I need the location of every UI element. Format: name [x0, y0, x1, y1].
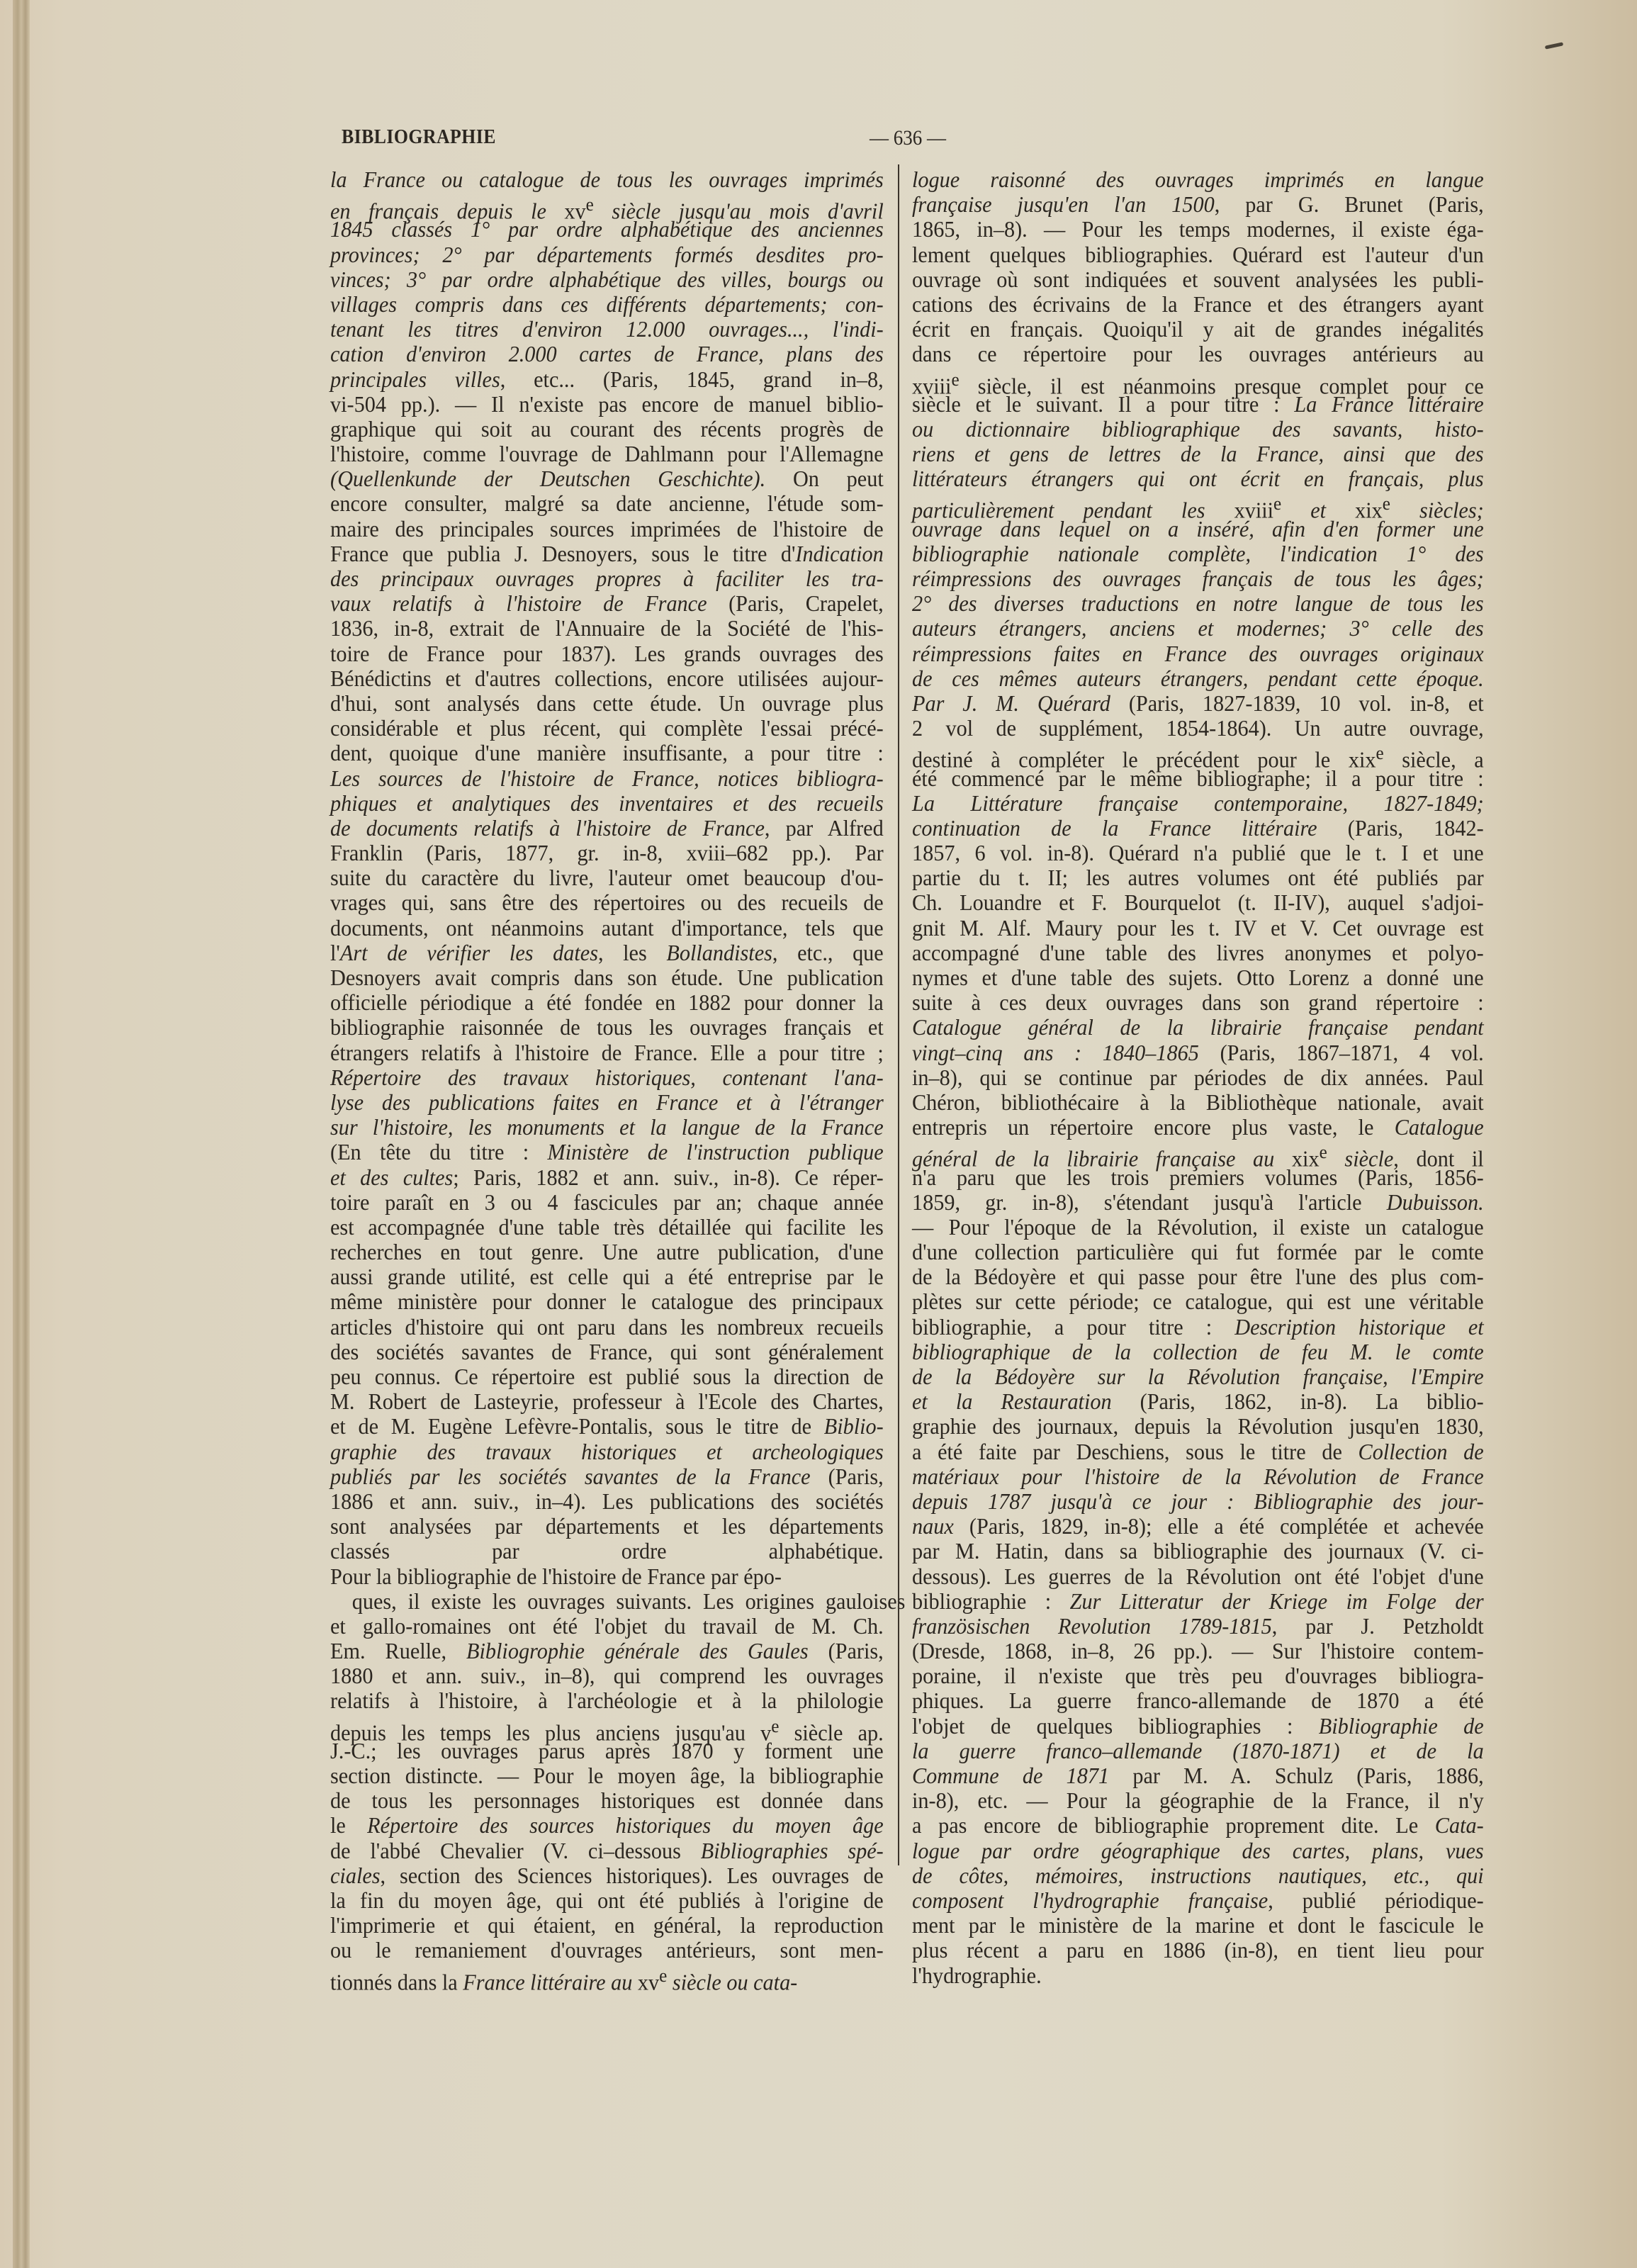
text-line: villages compris dans ces différents dép…: [330, 292, 884, 317]
text-line: phiques et analytiques des inventaires e…: [330, 791, 884, 816]
text-line: particulièrement pendant les xviiie et x…: [912, 491, 1484, 516]
text-line: officielle périodique a été fondée en 18…: [330, 990, 884, 1015]
text-line: graphie des journaux, depuis la Révoluti…: [912, 1414, 1484, 1439]
text-line: écrit en français. Quoiqu'il y ait de gr…: [912, 317, 1484, 342]
text-line: de l'abbé Chevalier (V. ci–dessous Bibli…: [330, 1838, 884, 1863]
book-binding-edge: [13, 0, 30, 2268]
text-line: continuation de la France littéraire (Pa…: [912, 816, 1484, 841]
text-line: d'une collection particulière qui fut fo…: [912, 1240, 1484, 1264]
page-header: BIBLIOGRAPHIE — 636 —: [342, 126, 1504, 155]
text-line: französischen Revolution 1789-1815, par …: [912, 1614, 1484, 1639]
text-line: peu connus. Ce répertoire est publié sou…: [330, 1364, 884, 1389]
text-line: graphie des travaux historiques et arche…: [330, 1439, 884, 1464]
text-line: 1857, 6 vol. in-8). Quérard n'a publié q…: [912, 841, 1484, 865]
text-line: destiné à compléter le précédent pour le…: [912, 741, 1484, 765]
text-line: suite du caractère du livre, l'auteur om…: [330, 865, 884, 890]
text-line: l'imprimerie et qui étaient, en général,…: [330, 1913, 884, 1938]
text-line: considérable et plus récent, qui complèt…: [330, 716, 884, 741]
text-line: auteurs étrangers, anciens et modernes; …: [912, 616, 1484, 641]
text-line: vrages qui, sans être des répertoires ou…: [330, 890, 884, 915]
text-line: J.-C.; les ouvrages parus après 1870 y f…: [330, 1739, 884, 1763]
text-line: est accompagnée d'une table très détaill…: [330, 1215, 884, 1240]
text-line: suite à ces deux ouvrages dans son grand…: [912, 990, 1484, 1015]
text-line: ques, il existe les ouvrages suivants. L…: [330, 1589, 905, 1614]
text-line: la guerre franco–allemande (1870-1871) e…: [912, 1739, 1484, 1763]
text-line: maire des principales sources imprimées …: [330, 517, 884, 541]
text-line: logue raisonné des ouvrages imprimés en …: [912, 167, 1484, 192]
text-line: sont analysées par départements et les d…: [330, 1514, 884, 1539]
text-line: vaux relatifs à l'histoire de France (Pa…: [330, 591, 884, 616]
text-line: tenant les titres d'environ 12.000 ouvra…: [330, 317, 884, 342]
text-line: ou le remaniement d'ouvrages antérieurs,…: [330, 1938, 884, 1963]
text-line: Pour la bibliographie de l'histoire de F…: [330, 1564, 884, 1589]
text-line: des principaux ouvrages propres à facili…: [330, 566, 884, 591]
text-line: relatifs à l'histoire, à l'archéologie e…: [330, 1688, 884, 1713]
text-line: en français depuis le xve siècle jusqu'a…: [330, 192, 884, 217]
text-line: in-8), etc. — Pour la géographie de la F…: [912, 1788, 1484, 1813]
column-divider-rule: [898, 164, 899, 1865]
text-line: la fin du moyen âge, qui ont été publiés…: [330, 1888, 884, 1913]
text-line: tionnés dans la France littéraire au xve…: [330, 1963, 884, 1988]
text-line: 1845 classés 1° par ordre alphabétique d…: [330, 217, 884, 242]
text-line: dent, quoique d'une manière insuffisante…: [330, 741, 884, 765]
text-line: française jusqu'en l'an 1500, par G. Bru…: [912, 192, 1484, 217]
text-line: a pas encore de bibliographie proprement…: [912, 1813, 1484, 1838]
text-line: Em. Ruelle, Bibliogrophie générale des G…: [330, 1639, 884, 1663]
text-line: l'Art de vérifier les dates, les Bolland…: [330, 941, 884, 965]
text-line: par M. Hatin, dans sa bibliographie des …: [912, 1539, 1484, 1564]
right-column: logue raisonné des ouvrages imprimés en …: [912, 167, 1485, 1988]
text-line: nymes et d'une table des sujets. Otto Lo…: [912, 965, 1484, 990]
text-line: ciales, section des Sciences historiques…: [330, 1863, 884, 1888]
text-line: 2° des diverses traductions en notre lan…: [912, 591, 1484, 616]
text-line: Franklin (Paris, 1877, gr. in-8, xviii–6…: [330, 841, 884, 865]
text-line: 1865, in–8). — Pour les temps modernes, …: [912, 217, 1484, 242]
text-line: Commune de 1871 par M. A. Schulz (Paris,…: [912, 1763, 1484, 1788]
text-line: l'hydrographie.: [912, 1963, 1484, 1988]
text-line: gnit M. Alf. Maury pour les t. IV et V. …: [912, 916, 1484, 941]
text-line: bibliographie, a pour titre : Descriptio…: [912, 1315, 1484, 1340]
text-line: plètes sur cette période; ce catalogue, …: [912, 1289, 1484, 1314]
text-line: — Pour l'époque de la Révolution, il exi…: [912, 1215, 1484, 1240]
text-line: xviiie siècle, il est néanmoins presque …: [912, 367, 1484, 392]
text-line: logue par ordre géographique des cartes,…: [912, 1838, 1484, 1863]
text-line: Catalogue général de la librairie frança…: [912, 1015, 1484, 1040]
text-line: Chéron, bibliothécaire à la Bibliothèque…: [912, 1090, 1484, 1115]
text-line: 1880 et ann. suiv., in–8), qui comprend …: [330, 1663, 884, 1688]
text-line: général de la librairie française au xix…: [912, 1140, 1484, 1164]
text-line: de côtes, mémoires, instructions nautiqu…: [912, 1863, 1484, 1888]
ink-mark: [1545, 42, 1563, 49]
text-line: dans ce répertoire pour les ouvrages ant…: [912, 342, 1484, 366]
text-line: naux (Paris, 1829, in-8); elle a été com…: [912, 1514, 1484, 1539]
text-line: publiés par les sociétés savantes de la …: [330, 1464, 884, 1489]
text-line: a été faite par Deschiens, sous le titre…: [912, 1439, 1484, 1464]
text-line: et gallo-romaines ont été l'objet du tra…: [330, 1614, 884, 1639]
text-line: Ch. Louandre et F. Bourquelot (t. II-IV)…: [912, 890, 1484, 915]
text-line: graphique qui soit au courant des récent…: [330, 417, 884, 442]
text-line: ou dictionnaire bibliographique des sava…: [912, 417, 1484, 442]
text-line: accompagné d'une table des livres anonym…: [912, 941, 1484, 965]
text-line: poraine, il n'existe que très peu d'ouvr…: [912, 1663, 1484, 1688]
text-line: La Littérature française contemporaine, …: [912, 791, 1484, 816]
running-title: BIBLIOGRAPHIE: [342, 126, 496, 149]
text-line: riens et gens de lettres de la France, a…: [912, 442, 1484, 466]
text-line: l'histoire, comme l'ouvrage de Dahlmann …: [330, 442, 884, 466]
text-line: n'a paru que les trois premiers volumes …: [912, 1165, 1484, 1190]
text-line: bibliographie nationale complète, l'indi…: [912, 541, 1484, 566]
text-line: et de M. Eugène Lefèvre-Pontalis, sous l…: [330, 1414, 884, 1439]
text-line: littérateurs étrangers qui ont écrit en …: [912, 466, 1484, 491]
text-line: 1836, in-8, extrait de l'Annuaire de la …: [330, 616, 884, 641]
text-line: de la Bédoyère sur la Révolution françai…: [912, 1364, 1484, 1389]
text-line: Bénédictins et d'autres collections, enc…: [330, 666, 884, 691]
text-line: étrangers relatifs à l'histoire de Franc…: [330, 1040, 884, 1065]
text-line: (Dresde, 1868, in–8, 26 pp.). — Sur l'hi…: [912, 1639, 1484, 1663]
text-line: recherches en tout genre. Une autre publ…: [330, 1240, 884, 1264]
text-line: Desnoyers avait compris dans son étude. …: [330, 965, 884, 990]
text-line: depuis les temps les plus anciens jusqu'…: [330, 1714, 884, 1739]
text-line: vingt–cinq ans : 1840–1865 (Paris, 1867–…: [912, 1040, 1484, 1065]
text-line: phiques. La guerre franco-allemande de 1…: [912, 1688, 1484, 1713]
text-line: 2 vol de supplément, 1854-1864). Un autr…: [912, 716, 1484, 741]
text-line: principales villes, etc... (Paris, 1845,…: [330, 367, 884, 392]
text-line: matériaux pour l'histoire de la Révoluti…: [912, 1464, 1484, 1489]
text-line: ment par le ministère de la marine et do…: [912, 1913, 1484, 1938]
text-line: des sociétés savantes de France, qui son…: [330, 1340, 884, 1364]
text-line: plus récent a paru en 1886 (in-8), en ti…: [912, 1938, 1484, 1963]
text-line: 1886 et ann. suiv., in–4). Les publicati…: [330, 1489, 884, 1514]
text-line: même ministère pour donner le catalogue …: [330, 1289, 884, 1314]
text-line: bibliographie raisonnée de tous les ouvr…: [330, 1015, 884, 1040]
text-line: in–8), qui se continue par périodes de d…: [912, 1065, 1484, 1090]
text-line: entrepris un répertoire encore plus vast…: [912, 1115, 1484, 1140]
left-column: la France ou catalogue de tous les ouvra…: [330, 167, 884, 1988]
text-line: toire paraît en 3 ou 4 fascicules par an…: [330, 1190, 884, 1215]
text-line: cations des écrivains de la France et de…: [912, 292, 1484, 317]
text-line: encore consulter, malgré sa date ancienn…: [330, 491, 884, 516]
text-line: aussi grande utilité, est celle qui a ét…: [330, 1264, 884, 1289]
text-line: la France ou catalogue de tous les ouvra…: [330, 167, 884, 192]
text-line: réimpressions des ouvrages français de t…: [912, 566, 1484, 591]
text-line: lyse des publications faites en France e…: [330, 1090, 884, 1115]
text-line: d'hui, sont analysés dans cette étude. U…: [330, 691, 884, 716]
text-line: sur l'histoire, les monuments et la lang…: [330, 1115, 884, 1140]
text-line: et des cultes; Paris, 1882 et ann. suiv.…: [330, 1165, 884, 1190]
text-line: section distincte. — Pour le moyen âge, …: [330, 1763, 884, 1788]
text-line: 1859, gr. in-8), s'étendant jusqu'à l'ar…: [912, 1190, 1484, 1215]
text-line: réimpressions faites en France des ouvra…: [912, 641, 1484, 666]
text-line: siècle et le suivant. Il a pour titre : …: [912, 392, 1484, 417]
text-line: documents, ont néanmoins autant d'import…: [330, 916, 884, 941]
text-line: dessous). Les guerres de la Révolution o…: [912, 1564, 1484, 1589]
text-line: été commencé par le même bibliographe; i…: [912, 766, 1484, 791]
text-line: et la Restauration (Paris, 1862, in-8). …: [912, 1389, 1484, 1414]
text-line: depuis 1787 jusqu'à ce jour : Bibliograp…: [912, 1489, 1484, 1514]
text-line: bibliographie : Zur Litteratur der Krieg…: [912, 1589, 1484, 1614]
text-line: ouvrage où sont indiquées et souvent ana…: [912, 267, 1484, 292]
text-line: provinces; 2° par départements formés de…: [330, 242, 884, 267]
text-line: le Répertoire des sources historiques du…: [330, 1813, 884, 1838]
text-line: vinces; 3° par ordre alphabétique des vi…: [330, 267, 884, 292]
text-line: l'objet de quelques bibliographies : Bib…: [912, 1714, 1484, 1739]
text-line: (Quellenkunde der Deutschen Geschichte).…: [330, 466, 884, 491]
text-line: (En tête du titre : Ministère de l'instr…: [330, 1140, 884, 1164]
text-line: France que publia J. Desnoyers, sous le …: [330, 541, 884, 566]
text-line: M. Robert de Lasteyrie, professeur à l'E…: [330, 1389, 884, 1414]
text-line: Par J. M. Quérard (Paris, 1827-1839, 10 …: [912, 691, 1484, 716]
text-line: de la Bédoyère et qui passe pour être l'…: [912, 1264, 1484, 1289]
text-line: de ces mêmes auteurs étrangers, pendant …: [912, 666, 1484, 691]
text-line: lement quelques bibliographies. Quérard …: [912, 242, 1484, 267]
text-line: articles d'histoire qui ont paru dans le…: [330, 1315, 884, 1340]
text-line: Les sources de l'histoire de France, not…: [330, 766, 884, 791]
page-number: — 636 —: [870, 126, 946, 150]
text-line: ouvrage dans lequel on a inséré, afin d'…: [912, 517, 1484, 541]
text-line: vi-504 pp.). — Il n'existe pas encore de…: [330, 392, 884, 417]
text-line: Répertoire des travaux historiques, cont…: [330, 1065, 884, 1090]
text-line: classés par ordre alphabétique.: [330, 1539, 884, 1564]
text-line: partie du t. II; les autres volumes ont …: [912, 865, 1484, 890]
text-line: toire de France pour 1837). Les grands o…: [330, 641, 884, 666]
text-line: composent l'hydrographie française, publ…: [912, 1888, 1484, 1913]
text-line: cation d'environ 2.000 cartes de France,…: [330, 342, 884, 366]
text-line: de documents relatifs à l'histoire de Fr…: [330, 816, 884, 841]
text-line: de tous les personnages historiques est …: [330, 1788, 884, 1813]
text-line: bibliographique de la collection de feu …: [912, 1340, 1484, 1364]
